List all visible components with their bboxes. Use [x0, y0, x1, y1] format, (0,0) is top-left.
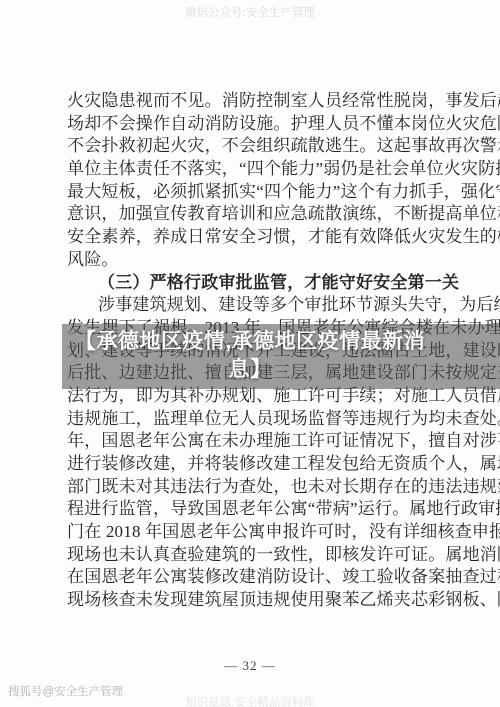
- body-line: 进行装修改建，并将装修改建工程发包给无资质个人，属地住建: [67, 453, 447, 476]
- body-line: 安全素养，养成日常安全习惯，才能有效降低火灾发生的概率和: [67, 226, 447, 249]
- document-page: 微信公众号:安全生产管理 火灾隐患视而不见。消防控制室人员经常性脱岗，事发后赶回…: [0, 0, 500, 707]
- body-line: 场却不会操作自动消防设施。护理人员不懂本岗位火灾危险性，: [67, 113, 447, 136]
- body-line: 在国恩老年公寓装修改建消防设计、竣工验收备案抽查过程中，: [67, 566, 447, 589]
- body-line: 不会扑救初起火灾，不会组织疏散逃生。这起事故再次警示我们，: [67, 135, 447, 158]
- watermark-bottom-center: 知识星球:安全精品资料库: [0, 694, 500, 707]
- body-line: 单位主体责任不落实，“四个能力”弱仍是社会单位火灾防控的: [67, 158, 447, 181]
- body-line: 火灾隐患视而不见。消防控制室人员经常性脱岗，事发后赶回现: [67, 90, 447, 113]
- watermark-top: 微信公众号:安全生产管理: [0, 4, 500, 20]
- body-line: 现场也未认真查验建筑的一致性，即核发许可证。属地消防部门: [67, 544, 447, 567]
- body-line: 违规施工，监理单位无人员现场监督等违规行为均未查处。2018: [67, 408, 447, 431]
- section-heading: （三）严格行政审批监管，才能守好安全第一关: [67, 272, 447, 295]
- page-number: — 32 —: [0, 658, 500, 674]
- overlay-banner-text: 【承德地区疫情,承德地区疫情最新消 息】: [0, 328, 500, 384]
- body-line: 涉事建筑规划、建设等多个审批环节源头失守，为后续事故: [67, 294, 447, 317]
- overlay-banner-line1: 【承德地区疫情,承德地区疫情最新消: [0, 328, 500, 356]
- body-line: 年，国恩老年公寓在未办理施工许可证情况下，擅自对涉事建筑: [67, 430, 447, 453]
- body-line: 程进行监管，导致国恩老年公寓“带病”运行。属地行政审批部: [67, 498, 447, 521]
- body-line: 风险。: [67, 249, 447, 272]
- body-line: 意识，加强宣传教育培训和应急疏散演练，不断提高单位和群众: [67, 203, 447, 226]
- body-line: 最大短板，必须抓紧抓实“四个能力”这个有力抓手，强化守法: [67, 181, 447, 204]
- overlay-banner-line2: 息】: [0, 356, 500, 384]
- body-line: 现场核查未发现建筑屋顶违规使用聚苯乙烯夹芯彩钢板、隔墙耐: [67, 589, 447, 612]
- body-line: 门在 2018 年国恩老年公寓申报许可时，没有详细核查申报材料，: [67, 521, 447, 544]
- body-line: 部门既未对其违法行为查处，也未对长期存在的违法违规建设工: [67, 476, 447, 499]
